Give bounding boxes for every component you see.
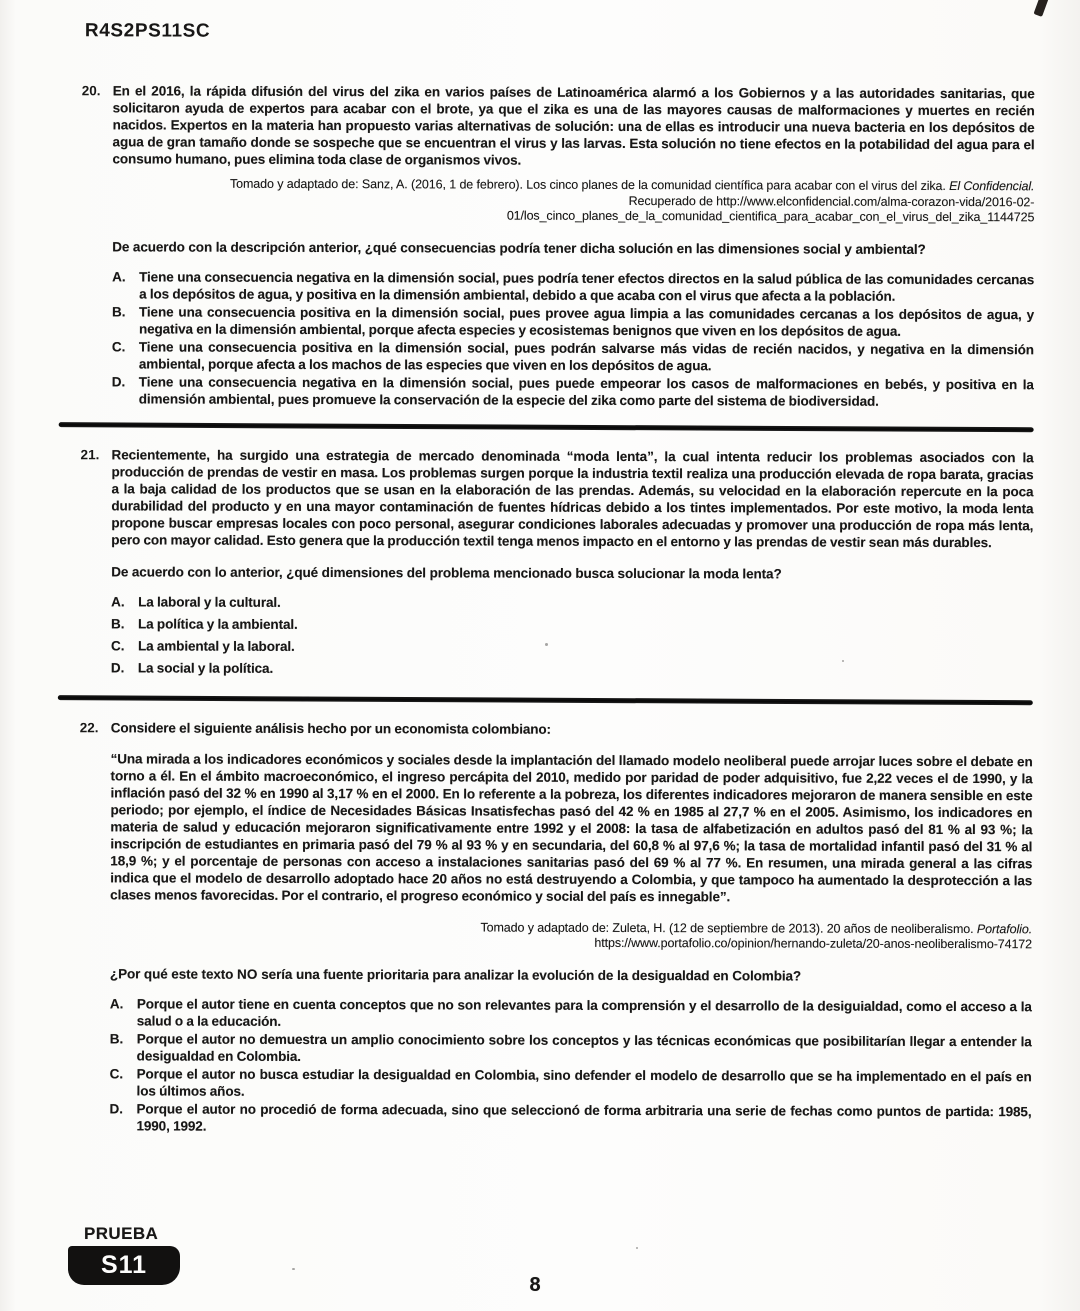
page-number: 8 — [490, 1274, 580, 1297]
question-22-quote: “Una mirada a los indicadores económicos… — [110, 750, 1032, 906]
option-text: Tiene una consecuencia negativa en la di… — [139, 373, 1034, 410]
citation-text: Tomado y adaptado de: Sanz, A. (2016, 1 … — [230, 177, 949, 193]
option-letter: C. — [112, 338, 139, 372]
footer-s11-badge: S11 — [68, 1246, 180, 1285]
question-20: 20. En el 2016, la rápida difusión del v… — [81, 82, 1035, 410]
option-letter: A. — [111, 593, 138, 610]
citation-source-name: El Confidencial. — [949, 179, 1034, 193]
option-text: Tiene una consecuencia positiva en la di… — [139, 303, 1034, 340]
section-divider — [59, 422, 1034, 432]
question-21-options: A. La laboral y la cultural. B. La polít… — [111, 593, 1033, 679]
prompt-text: ¿Por qué este texto — [110, 966, 237, 981]
option-letter: D. — [111, 659, 138, 676]
option-row-b: B. La política y la ambiental. — [111, 615, 1033, 635]
option-text: La laboral y la cultural. — [138, 593, 1033, 613]
question-21-number: 21. — [80, 446, 112, 681]
question-20-options: A. Tiene una consecuencia negativa en la… — [112, 268, 1034, 410]
footer-prueba-block: PRUEBA S11 — [68, 1224, 180, 1285]
question-21-prompt: De acuerdo con lo anterior, ¿qué dimensi… — [111, 563, 1033, 583]
citation-line: Tomado y adaptado de: Sanz, A. (2016, 1 … — [112, 176, 1034, 194]
option-text: Porque el autor no procedió de forma ade… — [136, 1100, 1031, 1137]
option-row-c: C. Tiene una consecuencia positiva en la… — [112, 338, 1034, 375]
prompt-text: sería una fuente prioritaria para analiz… — [258, 966, 801, 983]
option-text: Tiene una consecuencia negativa en la di… — [139, 268, 1034, 305]
option-letter: C. — [111, 637, 138, 654]
citation-line: https://www.portafolio.co/opinion/hernan… — [110, 934, 1032, 952]
question-21: 21. Recientemente, ha surgido una estrat… — [80, 446, 1034, 684]
option-row-a: A. La laboral y la cultural. — [111, 593, 1033, 613]
option-letter: C. — [110, 1065, 137, 1099]
scan-speck — [292, 1268, 295, 1270]
citation-source-name: Portafolio. — [977, 922, 1032, 936]
option-row-c: C. La ambiental y la laboral. — [111, 637, 1033, 657]
citation-line: 01/los_cinco_planes_de_la_comunidad_cien… — [112, 207, 1034, 225]
option-text: Porque el autor tiene en cuenta concepto… — [137, 995, 1032, 1032]
footer-prueba-label: PRUEBA — [84, 1224, 180, 1244]
scanned-exam-page: R4S2PS11SC 20. En el 2016, la rápida dif… — [0, 0, 1080, 1311]
option-row-a: A. Porque el autor tiene en cuenta conce… — [110, 995, 1032, 1032]
page-header-code: R4S2PS11SC — [85, 20, 1035, 45]
option-row-d: D. La social y la política. — [111, 659, 1033, 679]
question-22-citation: Tomado y adaptado de: Zuleta, H. (12 de … — [110, 919, 1032, 953]
option-letter: D. — [112, 373, 139, 407]
option-text: Tiene una consecuencia positiva en la di… — [139, 338, 1034, 375]
question-22-prompt: ¿Por qué este texto NO sería una fuente … — [110, 965, 1032, 985]
option-row-b: B. Tiene una consecuencia positiva en la… — [112, 303, 1034, 340]
option-text: La social y la política. — [138, 659, 1033, 679]
option-letter: B. — [110, 1030, 137, 1064]
question-22-intro: Considere el siguiente análisis hecho po… — [111, 719, 1033, 739]
option-text: La ambiental y la laboral. — [138, 637, 1033, 657]
question-20-prompt: De acuerdo con la descripción anterior, … — [112, 238, 1034, 258]
question-21-body: Recientemente, ha surgido una estrategia… — [111, 446, 1033, 551]
option-letter: B. — [112, 303, 139, 337]
option-row-a: A. Tiene una consecuencia negativa en la… — [112, 268, 1034, 305]
question-22-number: 22. — [78, 719, 110, 1135]
option-row-b: B. Porque el autor no demuestra un ampli… — [110, 1030, 1032, 1067]
scan-speck — [636, 1247, 638, 1249]
option-row-c: C. Porque el autor no busca estudiar la … — [110, 1065, 1032, 1102]
option-row-d: D. Porque el autor no procedió de forma … — [109, 1100, 1031, 1137]
section-divider — [58, 695, 1033, 705]
page-content: R4S2PS11SC 20. En el 2016, la rápida dif… — [0, 0, 1080, 1138]
option-text: La política y la ambiental. — [138, 615, 1033, 635]
option-letter: B. — [111, 615, 138, 632]
option-row-d: D. Tiene una consecuencia negativa en la… — [112, 373, 1034, 410]
question-22-options: A. Porque el autor tiene en cuenta conce… — [109, 995, 1031, 1137]
citation-text: Tomado y adaptado de: Zuleta, H. (12 de … — [480, 920, 976, 936]
option-letter: A. — [110, 995, 137, 1029]
question-22: 22. Considere el siguiente análisis hech… — [78, 719, 1032, 1138]
option-letter: D. — [109, 1100, 136, 1134]
question-20-number: 20. — [81, 82, 113, 408]
option-letter: A. — [112, 268, 139, 302]
question-20-citation: Tomado y adaptado de: Sanz, A. (2016, 1 … — [112, 176, 1034, 225]
option-text: Porque el autor no busca estudiar la des… — [137, 1065, 1032, 1102]
option-text: Porque el autor no demuestra un amplio c… — [137, 1030, 1032, 1067]
prompt-emphasis: NO — [237, 966, 258, 981]
question-20-body: En el 2016, la rápida difusión del virus… — [112, 82, 1034, 170]
